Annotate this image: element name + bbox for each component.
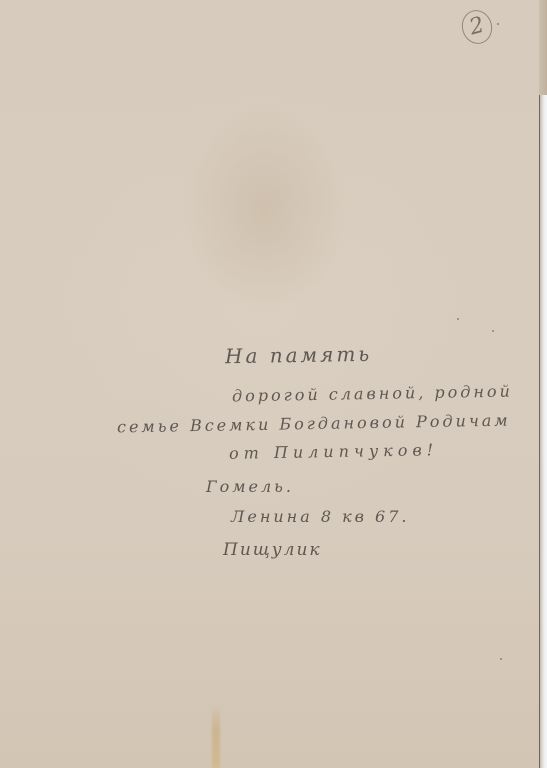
paper-crease bbox=[212, 705, 220, 768]
ink-speck bbox=[500, 658, 502, 660]
page-edge-shadow bbox=[539, 0, 547, 95]
ink-speck bbox=[457, 318, 459, 320]
ink-speck bbox=[492, 330, 494, 332]
address-street: Ленина 8 кв 67. bbox=[231, 507, 410, 526]
address-city: Гомель. bbox=[206, 477, 294, 496]
signature: Пищулик bbox=[223, 540, 322, 560]
dedication-line-4: от Пилипчуков! bbox=[229, 440, 438, 463]
page-edge bbox=[539, 95, 547, 768]
dedication-line-1: На память bbox=[225, 342, 373, 369]
ink-speck bbox=[497, 23, 499, 25]
